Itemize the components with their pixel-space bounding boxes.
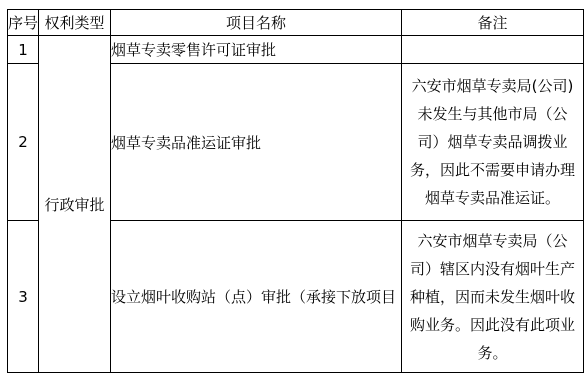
project-cell-2: 烟草专卖品准运证审批 bbox=[111, 64, 402, 221]
remark-cell-2: 六安市烟草专卖局(公司) 未发生与其他市局（公 司）烟草专卖品调拨业 务，因此不… bbox=[402, 64, 584, 221]
header-project-name: 项目名称 bbox=[111, 10, 402, 36]
approval-table-container: 序号 权利类型 项目名称 备注 1 行政审批 烟草专卖零售许可证审批 2 烟草专… bbox=[7, 9, 584, 373]
header-serial-number: 序号 bbox=[8, 10, 39, 36]
header-right-type: 权利类型 bbox=[39, 10, 111, 36]
header-remark: 备注 bbox=[402, 10, 584, 36]
serial-cell-2: 2 bbox=[8, 64, 39, 221]
project-cell-3: 设立烟叶收购站（点）审批（承接下放项目 bbox=[111, 221, 402, 373]
table-header-row: 序号 权利类型 项目名称 备注 bbox=[8, 10, 584, 36]
approval-items-table: 序号 权利类型 项目名称 备注 1 行政审批 烟草专卖零售许可证审批 2 烟草专… bbox=[7, 9, 584, 373]
serial-cell-1: 1 bbox=[8, 36, 39, 64]
project-cell-1: 烟草专卖零售许可证审批 bbox=[111, 36, 402, 64]
remark-cell-1 bbox=[402, 36, 584, 64]
serial-cell-3: 3 bbox=[8, 221, 39, 373]
right-type-merged-cell: 行政审批 bbox=[39, 36, 111, 373]
table-row-1: 1 行政审批 烟草专卖零售许可证审批 bbox=[8, 36, 584, 64]
remark-cell-3: 六安市烟草专卖局（公 司）辖区内没有烟叶生产 种植，因而未发生烟叶收 购业务。因… bbox=[402, 221, 584, 373]
